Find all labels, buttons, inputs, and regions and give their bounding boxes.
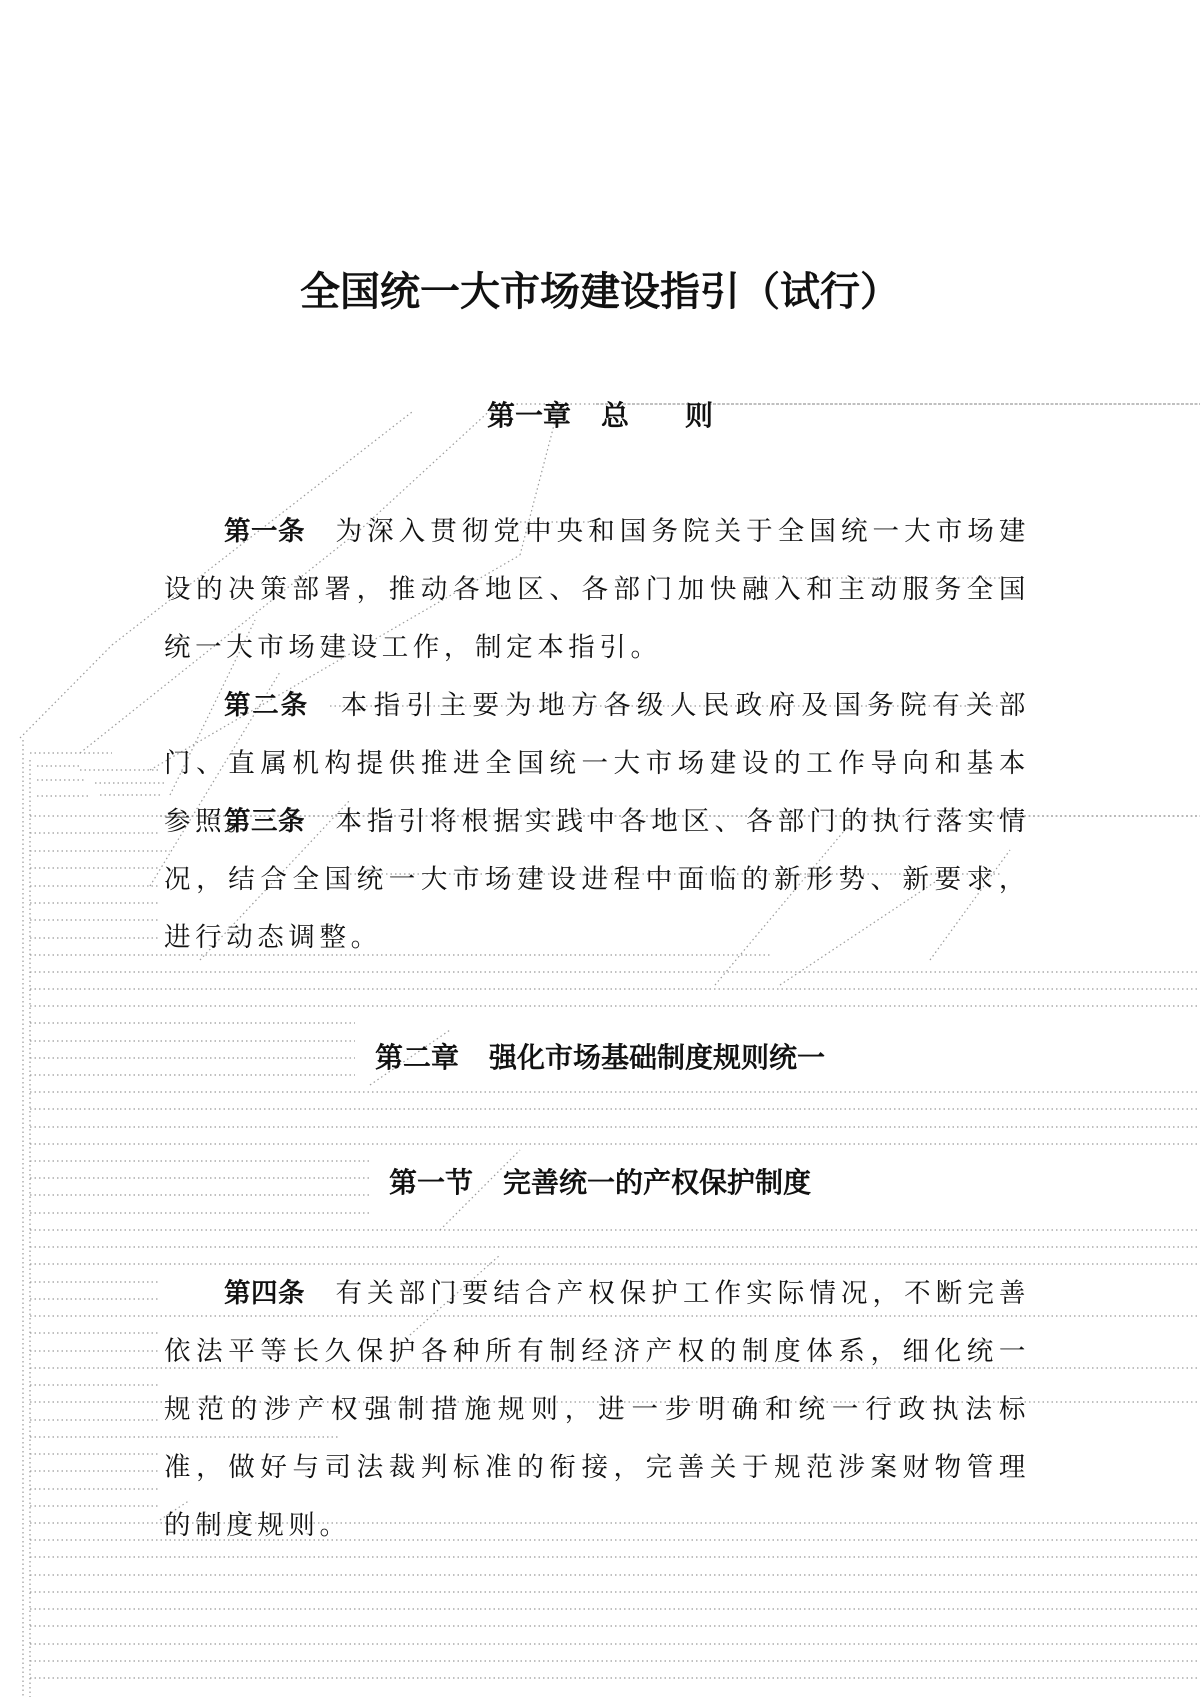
article-3: 第三条本指引将根据实践中各地区、各部门的执行落实情况，结合全国统一大市场建设进程… xyxy=(164,793,1030,967)
section-title: 完善统一的产权保护制度 xyxy=(503,1166,811,1199)
section-heading-1: 第一节完善统一的产权保护制度 xyxy=(0,1165,1200,1201)
document-page: 全国统一大市场建设指引（试行） 第一章总则 第一条为深入贯彻党中央和国务院关于全… xyxy=(0,0,1200,1697)
chapter-number: 第一章 xyxy=(487,398,571,434)
article-1: 第一条为深入贯彻党中央和国务院关于全国统一大市场建设的决策部署，推动各地区、各部… xyxy=(164,503,1030,677)
article-label: 第二条 xyxy=(224,690,309,721)
article-label: 第四条 xyxy=(224,1278,305,1309)
chapter-title-char-1: 总 xyxy=(601,399,685,432)
article-4: 第四条有关部门要结合产权保护工作实际情况，不断完善依法平等长久保护各种所有制经济… xyxy=(164,1265,1030,1555)
chapter-heading-2: 第二章强化市场基础制度规则统一 xyxy=(0,1040,1200,1076)
article-label: 第三条 xyxy=(224,806,305,837)
article-label: 第一条 xyxy=(224,516,305,547)
chapter-title-char-2: 则 xyxy=(685,399,713,432)
chapter-heading-1: 第一章总则 xyxy=(0,398,1200,434)
article-text: 有关部门要结合产权保护工作实际情况，不断完善依法平等长久保护各种所有制经济产权的… xyxy=(164,1278,1030,1541)
chapter-title: 强化市场基础制度规则统一 xyxy=(489,1041,825,1074)
chapter-number: 第二章 xyxy=(375,1040,459,1076)
document-title: 全国统一大市场建设指引（试行） xyxy=(0,268,1200,316)
section-number: 第一节 xyxy=(389,1166,473,1199)
